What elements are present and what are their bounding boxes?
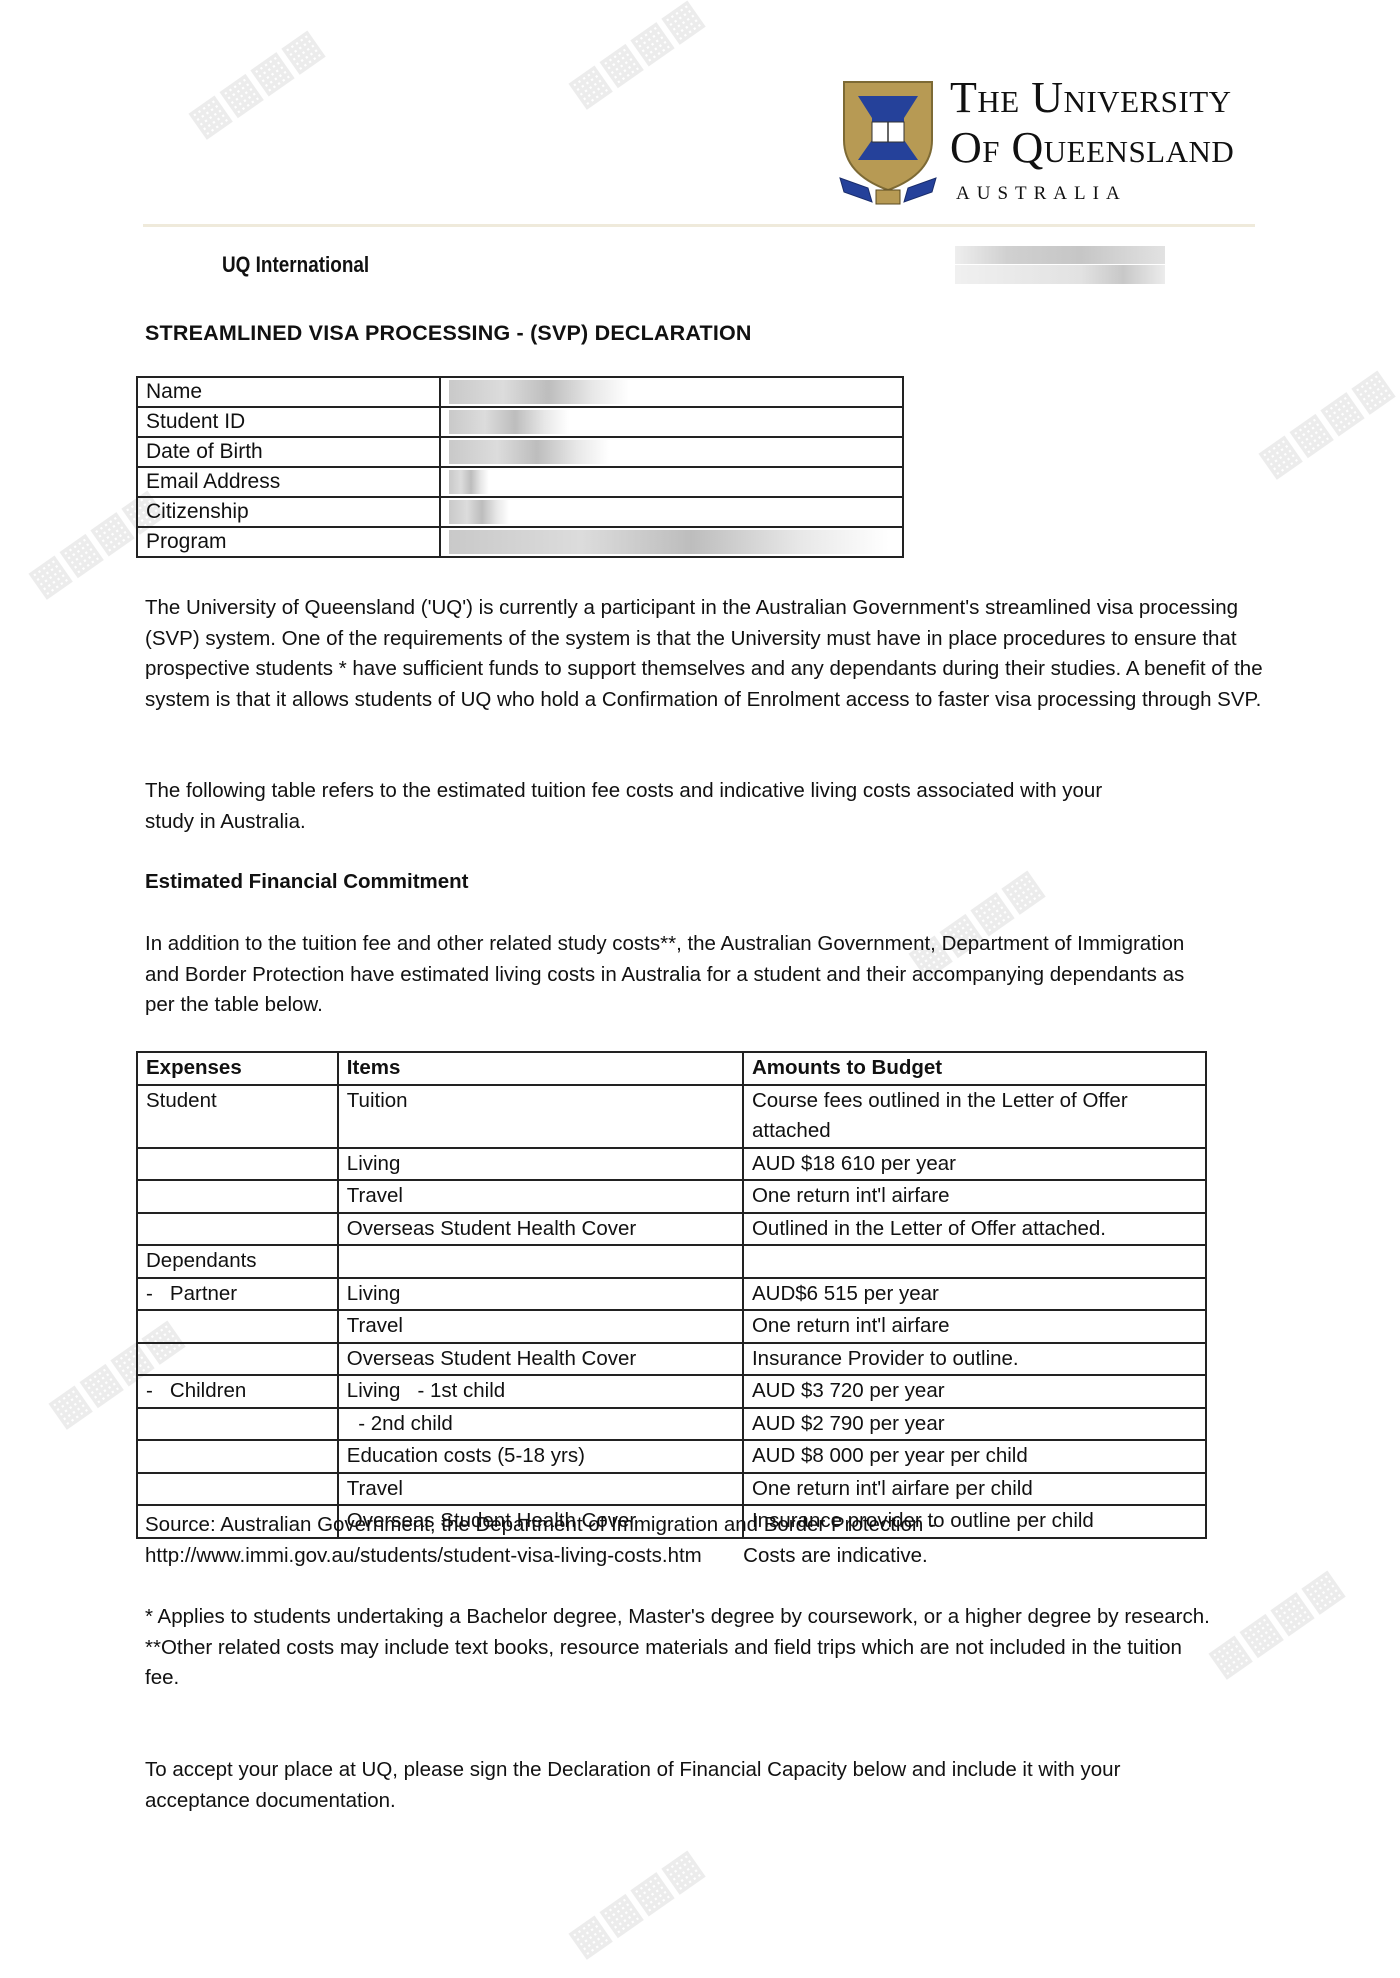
table-row: - 2nd childAUD $2 790 per year	[137, 1408, 1206, 1441]
table-row: Education costs (5-18 yrs)AUD $8 000 per…	[137, 1440, 1206, 1473]
details-row: Date of Birth	[137, 437, 903, 467]
header-rule	[143, 224, 1255, 227]
expenses-table: Expenses Items Amounts to Budget Student…	[136, 1051, 1207, 1539]
table-row: - PartnerLivingAUD$6 515 per year	[137, 1278, 1206, 1311]
details-row: Citizenship	[137, 497, 903, 527]
source-url: http://www.immi.gov.au/students/student-…	[145, 1544, 702, 1567]
source-line: Source: Australian Government, the Depar…	[145, 1510, 1265, 1541]
table-row: Overseas Student Health CoverOutlined in…	[137, 1213, 1206, 1246]
footnote-2: **Other related costs may include text b…	[145, 1633, 1215, 1694]
details-label: Citizenship	[137, 497, 440, 527]
cell-item	[338, 1245, 743, 1278]
intro-paragraph: The University of Queensland ('UQ') is c…	[145, 593, 1265, 715]
cell-item: Overseas Student Health Cover	[338, 1213, 743, 1246]
cell-item: Overseas Student Health Cover	[338, 1343, 743, 1376]
cell-item: Living	[338, 1278, 743, 1311]
cell-expense	[137, 1343, 338, 1376]
details-value-redacted	[440, 467, 903, 497]
cell-item: Tuition	[338, 1085, 743, 1148]
header-expenses: Expenses	[137, 1052, 338, 1085]
cell-expense	[137, 1440, 338, 1473]
cell-expense	[137, 1213, 338, 1246]
logo-subtitle: AUSTRALIA	[956, 183, 1127, 205]
details-label: Name	[137, 377, 440, 407]
cell-item: Travel	[338, 1473, 743, 1506]
source-note: Source: Australian Government, the Depar…	[145, 1510, 1265, 1571]
cell-item: Travel	[338, 1310, 743, 1343]
cell-expense: - Children	[137, 1375, 338, 1408]
details-value-redacted	[440, 497, 903, 527]
cell-item: - 2nd child	[338, 1408, 743, 1441]
cell-item: Education costs (5-18 yrs)	[338, 1440, 743, 1473]
cell-amount: AUD $3 720 per year	[743, 1375, 1206, 1408]
table-header-row: Expenses Items Amounts to Budget	[137, 1052, 1206, 1085]
table-row: Dependants	[137, 1245, 1206, 1278]
header-amounts: Amounts to Budget	[743, 1052, 1206, 1085]
details-row: Program	[137, 527, 903, 557]
document-title: STREAMLINED VISA PROCESSING - (SVP) DECL…	[145, 321, 752, 346]
table-row: TravelOne return int'l airfare	[137, 1310, 1206, 1343]
details-value-redacted	[440, 437, 903, 467]
cell-expense	[137, 1310, 338, 1343]
footnote-1: * Applies to students undertaking a Bach…	[145, 1602, 1245, 1633]
table-row: LivingAUD $18 610 per year	[137, 1148, 1206, 1181]
cell-amount: Course fees outlined in the Letter of Of…	[743, 1085, 1206, 1148]
cell-amount: One return int'l airfare per child	[743, 1473, 1206, 1506]
cell-amount: Insurance Provider to outline.	[743, 1343, 1206, 1376]
table-row: StudentTuitionCourse fees outlined in th…	[137, 1085, 1206, 1148]
cell-expense	[137, 1408, 338, 1441]
details-value-redacted	[440, 377, 903, 407]
logo-line2: Of Queensland	[950, 122, 1234, 173]
table-row: TravelOne return int'l airfare	[137, 1180, 1206, 1213]
redacted-value	[449, 410, 569, 434]
student-details-table: NameStudent IDDate of BirthEmail Address…	[136, 376, 904, 558]
department-name: UQ International	[222, 252, 369, 278]
cell-item: Travel	[338, 1180, 743, 1213]
costs-indicative-note: Costs are indicative.	[743, 1544, 928, 1567]
watermark: ▦▦▦▦	[560, 0, 710, 115]
cell-amount	[743, 1245, 1206, 1278]
details-row: Email Address	[137, 467, 903, 497]
details-label: Date of Birth	[137, 437, 440, 467]
cell-expense	[137, 1148, 338, 1181]
table-intro-paragraph: The following table refers to the estima…	[145, 776, 1145, 837]
cell-expense	[137, 1180, 338, 1213]
cell-expense: Dependants	[137, 1245, 338, 1278]
cell-expense: Student	[137, 1085, 338, 1148]
cell-amount: Outlined in the Letter of Offer attached…	[743, 1213, 1206, 1246]
redacted-value	[449, 440, 609, 464]
watermark: ▦▦▦▦	[180, 21, 330, 145]
closing-paragraph: To accept your place at UQ, please sign …	[145, 1755, 1185, 1816]
cell-item: Living - 1st child	[338, 1375, 743, 1408]
details-row: Name	[137, 377, 903, 407]
details-row: Student ID	[137, 407, 903, 437]
redacted-value	[449, 380, 629, 404]
logo-line1: The University	[950, 72, 1232, 123]
cell-amount: AUD $18 610 per year	[743, 1148, 1206, 1181]
cell-expense: - Partner	[137, 1278, 338, 1311]
table-row: TravelOne return int'l airfare per child	[137, 1473, 1206, 1506]
table-row: Overseas Student Health CoverInsurance P…	[137, 1343, 1206, 1376]
footnotes: * Applies to students undertaking a Bach…	[145, 1602, 1245, 1694]
details-value-redacted	[440, 407, 903, 437]
header-items: Items	[338, 1052, 743, 1085]
redacted-address-block	[955, 240, 1165, 286]
cell-amount: AUD$6 515 per year	[743, 1278, 1206, 1311]
cell-expense	[137, 1473, 338, 1506]
cell-amount: AUD $8 000 per year per child	[743, 1440, 1206, 1473]
details-label: Email Address	[137, 467, 440, 497]
details-value-redacted	[440, 527, 903, 557]
details-label: Program	[137, 527, 440, 557]
section-heading: Estimated Financial Commitment	[145, 870, 469, 894]
details-label: Student ID	[137, 407, 440, 437]
cell-amount: AUD $2 790 per year	[743, 1408, 1206, 1441]
cell-item: Living	[338, 1148, 743, 1181]
living-costs-paragraph: In addition to the tuition fee and other…	[145, 929, 1195, 1021]
cell-amount: One return int'l airfare	[743, 1180, 1206, 1213]
redacted-value	[449, 500, 509, 524]
watermark: ▦▦▦▦	[1250, 361, 1400, 485]
university-crest-icon	[838, 78, 938, 208]
table-row: - ChildrenLiving - 1st childAUD $3 720 p…	[137, 1375, 1206, 1408]
watermark: ▦▦▦▦	[560, 1841, 710, 1965]
redacted-value	[449, 470, 489, 494]
cell-amount: One return int'l airfare	[743, 1310, 1206, 1343]
redacted-value	[449, 530, 889, 554]
